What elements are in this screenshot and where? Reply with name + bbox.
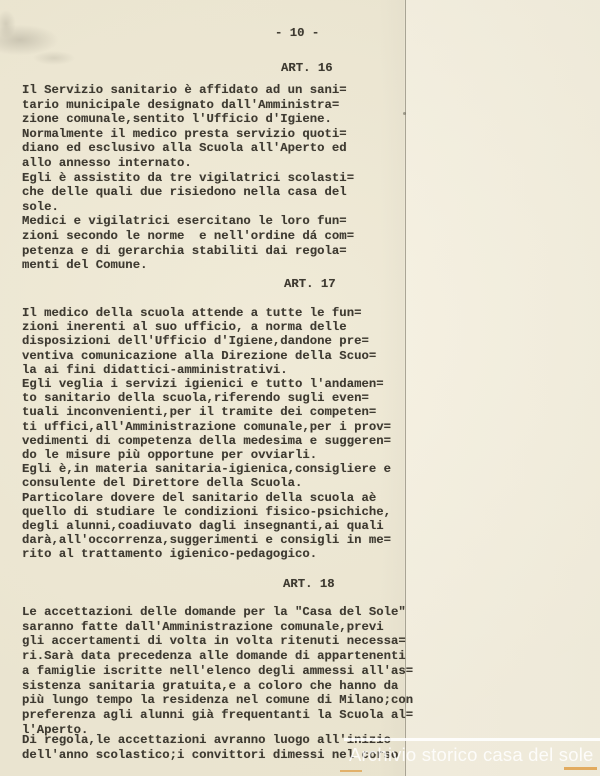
watermark-overline [344, 738, 600, 741]
watermark-accent-underline-left [340, 770, 362, 772]
page-number: - 10 - [275, 26, 319, 40]
scanned-document-page: - 10 - ART. 16 Il Servizio sanitario è a… [0, 0, 600, 776]
article-16-body: Il Servizio sanitario è affidato ad un s… [22, 83, 354, 273]
article-18-body-main: Le accettazioni delle domande per la "Ca… [22, 605, 413, 737]
paper-speck [403, 112, 406, 115]
article-16-heading: ART. 16 [281, 61, 333, 75]
watermark-text: Archivio storico casa del sole [349, 744, 594, 766]
article-18-heading: ART. 18 [283, 577, 335, 591]
watermark-accent-underline-right [564, 767, 597, 770]
article-17-body: Il medico della scuola attende a tutte l… [22, 306, 391, 562]
page-fold-line [405, 0, 406, 776]
article-17-heading: ART. 17 [284, 277, 336, 291]
article-18-body-closing: Di regola,le accettazioni avranno luogo … [22, 733, 398, 763]
